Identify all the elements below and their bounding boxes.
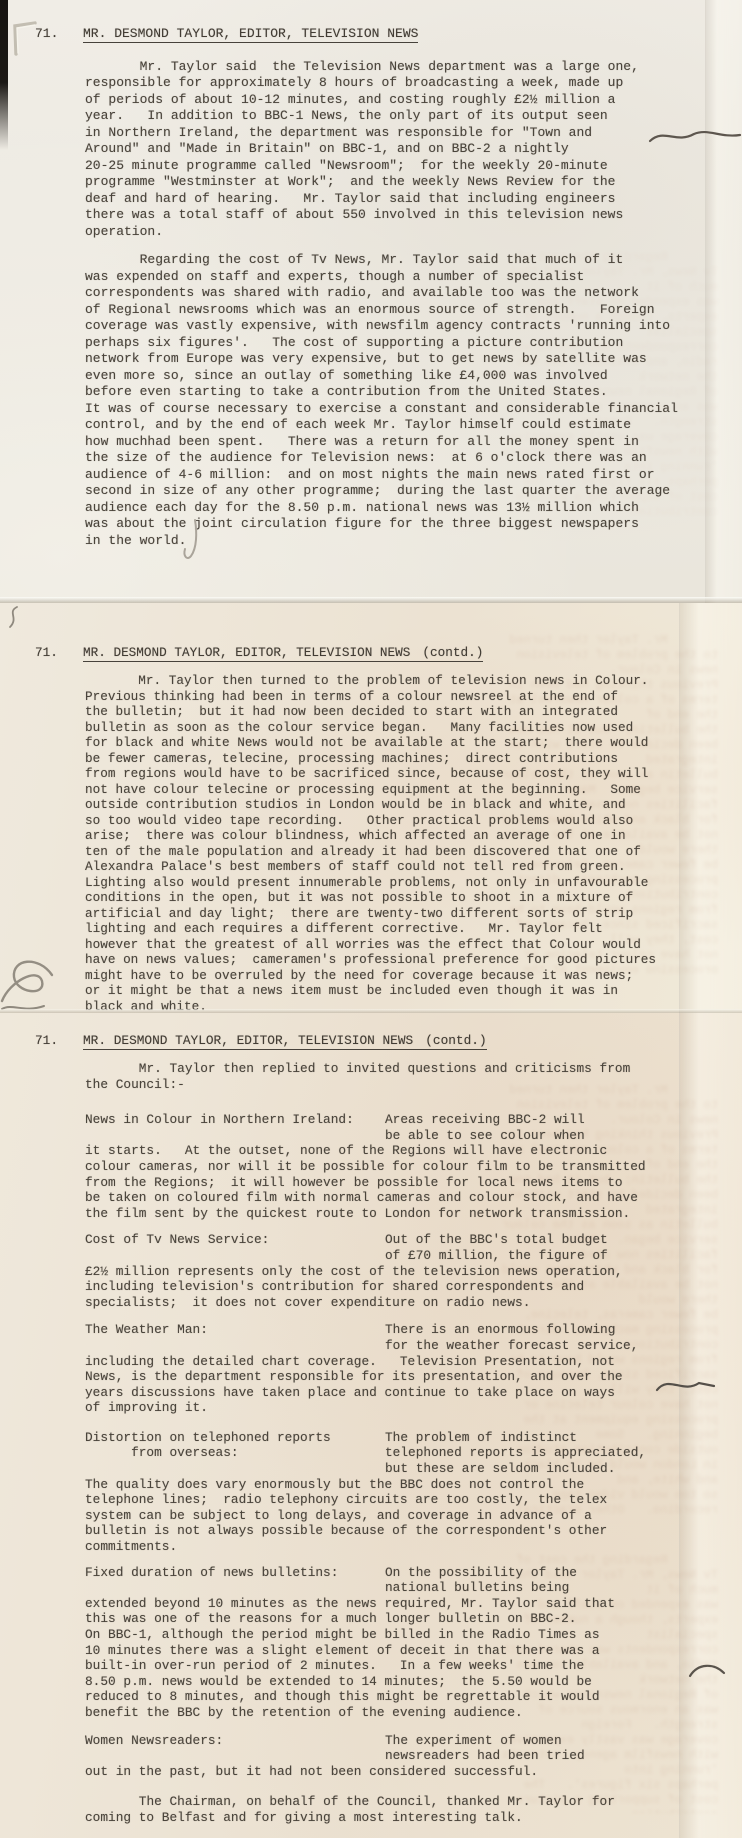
paper-crease [679,603,742,1013]
qa-answer-continuation: it starts. At the outset, none of the Re… [85,1143,685,1221]
qa-topic: Women Newsreaders: [85,1733,223,1749]
qa-answer-lead: The experiment of women newsreaders had … [385,1733,685,1764]
qa-answer-lead: The problem of indistinct telephoned rep… [385,1430,685,1477]
section-title: MR. DESMOND TAYLOR, EDITOR, TELEVISION N… [83,26,418,41]
paragraph: Mr. Taylor said the Television News depa… [85,59,685,241]
section-title: MR. DESMOND TAYLOR, EDITOR, TELEVISION N… [83,645,410,660]
qa-block: Women Newsreaders: The experiment of wom… [85,1733,685,1780]
paragraph: Mr. Taylor then turned to the problem of… [85,673,670,1013]
qa-block: Cost of Tv News Service: Out of the BBC'… [85,1232,685,1310]
scanned-document: Regarding the cost of Tv News, Mr. Taylo… [0,0,742,1838]
qa-topic: Fixed duration of news bulletins: [85,1565,338,1581]
page-3: Mr. Taylor then turned to the problem of… [0,1013,742,1838]
page-1: Regarding the cost of Tv News, Mr. Taylo… [0,0,742,603]
qa-answer-continuation: The quality does vary enormously but the… [85,1477,685,1555]
paragraph: Regarding the cost of Tv News, Mr. Taylo… [85,252,685,549]
paper-crease [705,0,742,603]
intro-paragraph: Mr. Taylor then replied to invited quest… [85,1061,685,1092]
qa-answer-lead: Out of the BBC's total budget of £70 mil… [385,1232,685,1263]
qa-answer-continuation: including the detailed chart coverage. T… [85,1354,685,1416]
section-heading-row: 71.MR. DESMOND TAYLOR, EDITOR, TELEVISIO… [35,603,742,661]
pen-arc-mark [686,1661,728,1681]
qa-answer-continuation: £2½ million represents only the cost of … [85,1264,685,1311]
section-title: MR. DESMOND TAYLOR, EDITOR, TELEVISION N… [83,1033,413,1048]
qa-answer-lead: On the possibility of the national bulle… [385,1565,685,1596]
qa-topic: Distortion on telephoned reports from ov… [85,1430,331,1461]
section-number: 71. [35,645,63,661]
section-title-suffix: (contd.) [422,645,483,660]
qa-topic: The Weather Man: [85,1322,208,1338]
section-heading-row: 71.MR. DESMOND TAYLOR, EDITOR, TELEVISIO… [35,1013,742,1049]
qa-answer-continuation: out in the past, but it had not been con… [85,1764,685,1780]
qa-answer-continuation: extended beyond 10 minutes as the news r… [85,1596,685,1721]
section-number: 71. [35,1033,63,1049]
section-title-suffix: (contd.) [425,1033,486,1048]
page-2: Mr. Taylor then turned to the problem of… [0,603,742,1013]
scan-edge-shadow [0,0,8,150]
qa-block: Fixed duration of news bulletins: On the… [85,1565,685,1721]
qa-answer-lead: There is an enormous following for the w… [385,1322,685,1353]
section-heading-row: 71.MR. DESMOND TAYLOR, EDITOR, TELEVISIO… [35,0,742,43]
qa-block: Distortion on telephoned reports from ov… [85,1430,685,1555]
section-number: 71. [35,26,63,43]
pen-loop-mark [0,953,56,1013]
small-squiggle-mark [4,605,22,631]
closing-paragraph: The Chairman, on behalf of the Council, … [85,1794,685,1825]
qa-answer-lead: Areas receiving BBC-2 will be able to se… [385,1112,685,1143]
qa-block: The Weather Man: There is an enormous fo… [85,1322,685,1416]
qa-topic: News in Colour in Northern Ireland: [85,1112,354,1128]
paper-crease [679,1013,742,1838]
qa-block: News in Colour in Northern Ireland: Area… [85,1112,685,1221]
qa-topic: Cost of Tv News Service: [85,1232,269,1248]
